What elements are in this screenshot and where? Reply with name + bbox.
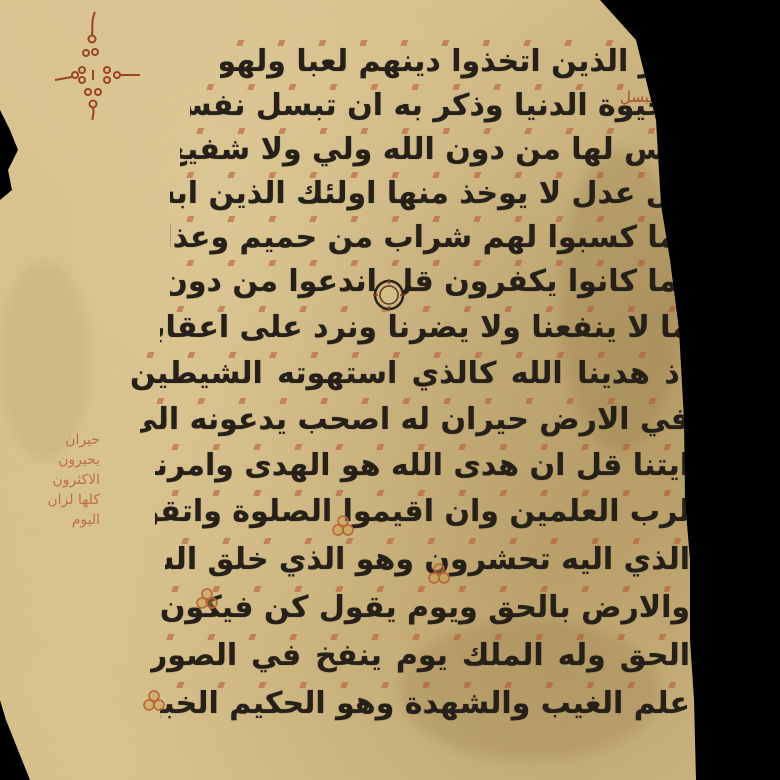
text-line: ايتنا قل ان هدى الله هو الهدى وامرنا لنس… [155, 444, 690, 488]
text-line: كل عدل لا يوخذ منها اولئك الذين ابسلوا [170, 172, 690, 216]
text-line: علم الغيب والشهدة وهو الحكيم الخبير [160, 682, 690, 726]
photo-background: نبسل حيران يحيرون الاكثرون كلها لزان الي… [0, 0, 780, 780]
trefoil-verse-marker-icon [332, 515, 354, 537]
trefoil-verse-marker-icon [196, 588, 218, 610]
gloss-line: حيران [10, 430, 100, 450]
gloss-line: الاكثرون [10, 470, 100, 490]
text-line: اذ هدينا الله كالذي استهوته الشيطين [130, 352, 690, 396]
circular-verse-marker-icon [372, 278, 406, 312]
gloss-line: اليوم [10, 510, 100, 530]
text-line: وذر الذين اتخذوا دينهم لعبا ولهوا وغرتهم [220, 40, 690, 84]
text-line: بما كانوا يكفرون قل اندعوا من دون الله [170, 260, 690, 304]
gloss-line: يحيرون [10, 450, 100, 470]
text-line: بما كسبوا لهم شراب من حميم وعذاب اليم [170, 216, 690, 260]
text-line: ما لا ينفعنا ولا يضرنا ونرد على اعقابنا … [160, 306, 690, 350]
trefoil-verse-marker-icon [143, 690, 165, 712]
gloss-line: كلها لزان [10, 490, 100, 510]
margin-gloss-left: حيران يحيرون الاكثرون كلها لزان اليوم [10, 430, 100, 530]
manuscript-page: نبسل حيران يحيرون الاكثرون كلها لزان الي… [0, 0, 780, 780]
text-line: في الارض حيران له اصحب يدعونه الى الهدى [140, 398, 690, 442]
text-line: الحق وله الملك يوم ينفخ في الصور [150, 634, 690, 678]
calligraphy-text-block: وذر الذين اتخذوا دينهم لعبا ولهوا وغرتهم… [110, 30, 690, 750]
trefoil-verse-marker-icon [428, 563, 450, 585]
text-line: والارض بالحق ويوم يقول كن فيكون قوله [155, 586, 690, 630]
text-line: لرب العلمين وان اقيموا الصلوة واتقوه وهو [155, 490, 690, 534]
text-line: الحيوة الدنيا وذكر به ان تبسل نفس بما كس… [190, 84, 690, 128]
text-line: ليس لها من دون الله ولي ولا شفيع وان تعد… [180, 128, 690, 172]
